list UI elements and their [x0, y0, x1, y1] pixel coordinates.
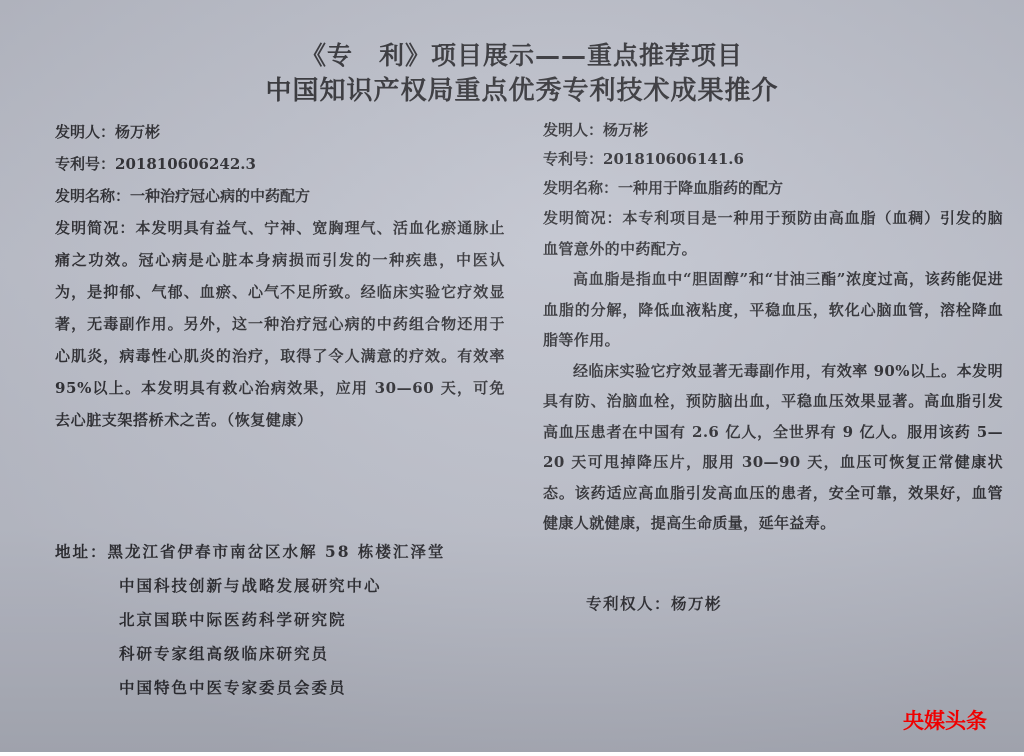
patent-no-label: 专利号：: [55, 155, 115, 173]
summary-label: 发明简况：: [55, 219, 135, 237]
summary-text: 本发明具有益气、宁神、宽胸理气、活血化瘀通脉止痛之功效。冠心病是心脏本身病损而引…: [55, 219, 505, 429]
address-line-4: 科研专家组高级临床研究员: [55, 637, 445, 671]
address-value: 黑龙江省伊春市南岔区水解 58 栋楼汇泽堂: [108, 542, 446, 561]
patent-no-value: 201810606242.3: [115, 155, 256, 173]
right-inventor: 发明人：杨万彬: [543, 116, 1003, 145]
patent-no-value: 201810606141.6: [603, 150, 744, 168]
address-line-5: 中国特色中医专家委员会委员: [55, 671, 445, 705]
address-line-3: 北京国联中际医药科学研究院: [55, 603, 445, 637]
title-line-2: 中国知识产权局重点优秀专利技术成果推介: [0, 70, 1024, 107]
left-patent: 发明人：杨万彬 专利号：201810606242.3 发明名称：一种治疗冠心病的…: [55, 116, 505, 436]
summary-label: 发明简况：: [543, 209, 622, 227]
address-label: 地址：: [55, 542, 108, 561]
inventor-label: 发明人：: [55, 123, 115, 141]
left-inventor: 发明人：杨万彬: [55, 116, 505, 148]
right-patent-number: 专利号：201810606141.6: [543, 145, 1003, 174]
owner-label: 专利权人：: [586, 594, 671, 613]
patent-owner: 专利权人：杨万彬: [586, 592, 722, 614]
inventor-value: 杨万彬: [115, 123, 160, 141]
name-label: 发明名称：: [543, 179, 618, 197]
patent-no-label: 专利号：: [543, 150, 603, 168]
address-block: 地址：黑龙江省伊春市南岔区水解 58 栋楼汇泽堂 中国科技创新与战略发展研究中心…: [55, 535, 445, 705]
name-value: 一种用于降血脂药的配方: [618, 179, 783, 197]
right-invention-name: 发明名称：一种用于降血脂药的配方: [543, 174, 1003, 203]
address-line-2: 中国科技创新与战略发展研究中心: [55, 569, 445, 603]
right-summary: 发明简况：本专利项目是一种用于预防由高血脂（血稠）引发的脑血管意外的中药配方。: [543, 203, 1003, 264]
left-patent-number: 专利号：201810606242.3: [55, 148, 505, 180]
left-invention-name: 发明名称：一种治疗冠心病的中药配方: [55, 180, 505, 212]
name-label: 发明名称：: [55, 187, 130, 205]
document-photo: 《专 利》项目展示——重点推荐项目 中国知识产权局重点优秀专利技术成果推介 发明…: [0, 0, 1024, 752]
right-patent: 发明人：杨万彬 专利号：201810606141.6 发明名称：一种用于降血脂药…: [543, 116, 1003, 539]
inventor-value: 杨万彬: [603, 121, 648, 139]
left-summary: 发明简况：本发明具有益气、宁神、宽胸理气、活血化瘀通脉止痛之功效。冠心病是心脏本…: [55, 212, 505, 436]
address-line-1: 地址：黑龙江省伊春市南岔区水解 58 栋楼汇泽堂: [55, 535, 445, 569]
title-line-1: 《专 利》项目展示——重点推荐项目: [0, 36, 1024, 72]
right-paragraph-2: 高血脂是指血中“胆固醇”和“甘油三酯”浓度过高，该药能促进血脂的分解，降低血液粘…: [543, 264, 1003, 356]
watermark-logo: 央媒头条: [903, 705, 987, 735]
right-paragraph-3: 经临床实验它疗效显著无毒副作用，有效率 90%以上。本发明具有防、治脑血栓，预防…: [543, 356, 1003, 539]
owner-value: 杨万彬: [671, 594, 722, 613]
name-value: 一种治疗冠心病的中药配方: [130, 187, 310, 205]
inventor-label: 发明人：: [543, 121, 603, 139]
